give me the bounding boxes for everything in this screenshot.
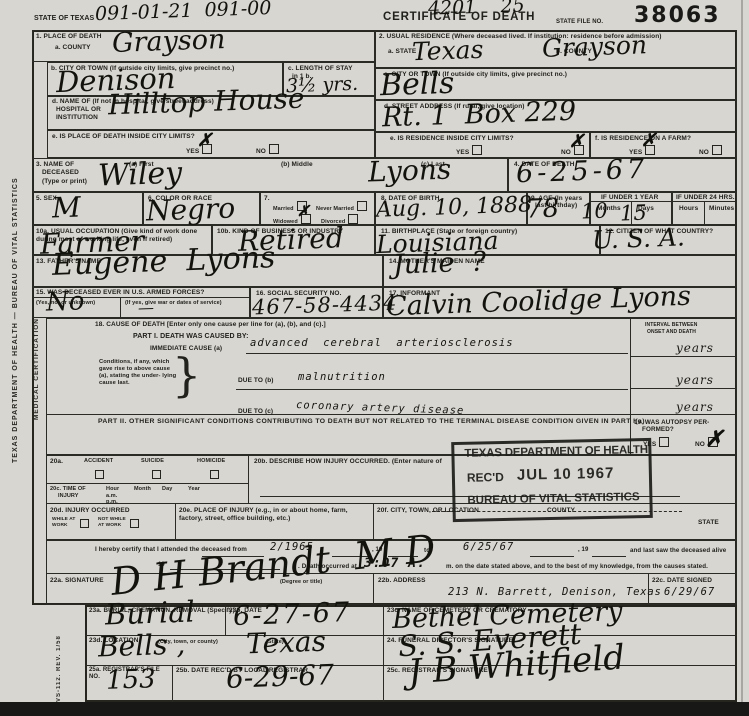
grid-line xyxy=(175,503,176,540)
part1-label: PART I. DEATH WAS CAUSED BY: xyxy=(133,333,249,341)
grid-line xyxy=(172,665,173,702)
no-word: NO xyxy=(699,149,709,156)
injury-20a-label: 20a. xyxy=(50,458,63,466)
state-file-no-label: STATE FILE NO. xyxy=(556,19,603,26)
injury-state-label: STATE xyxy=(698,519,719,527)
married-word: Married xyxy=(273,206,294,212)
date-of-death-value: 6-25-67 xyxy=(516,156,649,188)
hours-label: Hours xyxy=(679,205,698,213)
injury-occurred-label: 20d. INJURY OCCURRED xyxy=(50,507,130,515)
race-value: Negro xyxy=(146,194,236,225)
stamp-recd: REC'D xyxy=(467,470,504,485)
handwritten-file-code: 4201 25 xyxy=(428,0,525,19)
address-value: 213 N. Barrett, Denison, Texas xyxy=(448,586,662,598)
place-of-injury-label: 20e. PLACE OF INJURY (e.g., in or about … xyxy=(179,507,365,523)
days-value: 15 xyxy=(620,203,647,225)
father-name-value: Eugene Lyons xyxy=(52,243,276,281)
yes-checkbox xyxy=(472,145,482,155)
never-married-word: Never Married xyxy=(316,206,354,212)
received-stamp: TEXAS DEPARTMENT OF HEALTH REC'D JUL 10 … xyxy=(451,438,653,522)
name-label-1: 3. NAME OF xyxy=(36,161,74,169)
location-city-value: Bells , xyxy=(98,630,186,661)
cause-of-death-title: 18. CAUSE OF DEATH [Enter only one cause… xyxy=(95,321,326,329)
stamp-line-1: TEXAS DEPARTMENT OF HEALTH xyxy=(464,444,648,460)
not-while-at-work-checkbox xyxy=(130,519,139,528)
residence-city-limits-label: e. IS RESIDENCE INSIDE CITY LIMITS? xyxy=(390,135,514,143)
time-of-injury-label-2: INJURY xyxy=(58,493,79,500)
armed-forces-dash: — xyxy=(138,300,155,317)
certify-19-b: , 19 xyxy=(578,547,588,554)
death-limits-no: NO xyxy=(256,144,279,156)
interval-header-1: INTERVAL BETWEEN xyxy=(645,322,697,328)
divorced-checkbox xyxy=(348,214,358,224)
suicide-label: SUICIDE xyxy=(141,458,164,465)
sex-value: M xyxy=(52,194,82,223)
day-label: Day xyxy=(162,486,172,493)
last-name-value: Lyons xyxy=(368,156,452,187)
first-name-value: Wiley xyxy=(98,159,183,192)
year-label: Year xyxy=(188,486,200,493)
homicide-checkbox xyxy=(210,470,219,479)
grid-line xyxy=(383,605,384,702)
date-signed-label: 22c. DATE SIGNED xyxy=(652,577,712,585)
length-of-stay-label: c. LENGTH OF STAY xyxy=(288,65,353,73)
mother-maiden-name-value: Julie ? xyxy=(393,248,487,278)
grid-line xyxy=(630,356,737,357)
name-label-2: DECEASED xyxy=(42,169,79,177)
attended-to-date: 6/25/67 xyxy=(463,541,514,553)
hospital-label-3: INSTITUTION xyxy=(56,114,98,122)
no-checkbox xyxy=(712,145,722,155)
grid-line xyxy=(120,297,121,318)
interval-c-value: years xyxy=(676,400,714,414)
hospital-label-2: HOSPITAL OR xyxy=(56,106,101,114)
state-file-number: 38063 xyxy=(634,3,721,28)
state-of-texas-label: STATE OF TEXAS xyxy=(34,15,94,23)
no-word: NO xyxy=(695,441,705,448)
cell-sex: 5. SEX xyxy=(32,192,143,225)
left-margin-department-text: TEXAS DEPARTMENT OF HEALTH — BUREAU OF V… xyxy=(12,88,19,463)
not-while-at-work-label-2: AT WORK xyxy=(98,523,121,529)
street-address-value: Rt. 1 Box 229 xyxy=(382,98,577,132)
date-signed-value: 6/29/67 xyxy=(664,586,715,598)
residence-county-value: Grayson xyxy=(542,32,648,61)
farm-no: NO xyxy=(699,145,722,157)
age-value: 78 xyxy=(526,195,560,222)
due-to-c-label: DUE TO (c) xyxy=(238,408,273,416)
months-value: 10 xyxy=(581,201,608,223)
scan-bottom-strip xyxy=(0,702,749,716)
no-word: NO xyxy=(256,148,266,155)
page-right-edge xyxy=(741,0,743,702)
not-while-at-work-label-1: NOT WHILE xyxy=(98,517,126,523)
armed-forces-value: No xyxy=(46,288,85,315)
autopsy-label-2: FORMED? xyxy=(642,426,674,434)
accident-label: ACCIDENT xyxy=(84,458,113,465)
registrar-file-value: 153 xyxy=(106,666,157,694)
never-married-checkbox xyxy=(357,201,367,211)
writing-line xyxy=(236,389,628,390)
conditions-note: Conditions, if any, which gave rise to a… xyxy=(99,359,177,387)
grid-line xyxy=(46,483,248,484)
widowed-x-mark: ✗ xyxy=(297,204,310,219)
autopsy-no-x-mark: ✗ xyxy=(705,428,723,450)
farm-yes-x-mark: ✗ xyxy=(641,132,656,150)
while-at-work-label-2: WORK xyxy=(52,523,68,529)
address-label: 22b. ADDRESS xyxy=(378,577,426,585)
death-limits-yes-x-mark: ✗ xyxy=(197,132,212,150)
residence-limits-no-x-mark: ✗ xyxy=(569,133,584,151)
no-checkbox xyxy=(269,144,279,154)
while-at-work-checkbox xyxy=(80,519,89,528)
hour-label: Hour xyxy=(106,486,119,493)
stamp-date: JUL 10 1967 xyxy=(517,465,615,484)
never-married-option: Never Married xyxy=(316,201,367,213)
writing-line xyxy=(592,556,626,557)
writing-line xyxy=(246,353,628,354)
grid-line xyxy=(373,573,374,605)
cause-a-value: advanced cerebral arteriosclerosis xyxy=(250,337,514,349)
residence-limits-yes: YES xyxy=(456,145,482,157)
grid-line xyxy=(630,318,631,455)
citizen-value: U. S. A. xyxy=(592,224,686,252)
certify-text-2: and last saw the deceased alive xyxy=(630,547,726,554)
location-state-value: Texas xyxy=(246,628,327,659)
pm-label: p.m. xyxy=(106,499,118,506)
yes-word: YES xyxy=(456,149,469,156)
hospital-value: Hilltop House xyxy=(108,85,305,120)
social-security-value: 467-58-4434 xyxy=(252,292,398,318)
county-value: Grayson xyxy=(112,26,226,57)
death-certificate-scan: STATE OF TEXAS 091-01-21 091-00 CERTIFIC… xyxy=(0,0,749,716)
death-city-limits-label: e. IS PLACE OF DEATH INSIDE CITY LIMITS? xyxy=(52,133,195,141)
writing-line xyxy=(530,556,574,557)
name-label-3: (Type or print) xyxy=(42,178,87,186)
injury-20b-label: 20b. DESCRIBE HOW INJURY OCCURRED. (Ente… xyxy=(254,458,442,466)
place-of-death-label: 1. PLACE OF DEATH xyxy=(36,33,102,41)
suicide-checkbox xyxy=(152,470,161,479)
interval-b-value: years xyxy=(676,373,714,387)
part2-label: PART II. OTHER SIGNIFICANT CONDITIONS CO… xyxy=(98,418,645,426)
left-margin-medical-certification-text: MEDICAL CERTIFICATION xyxy=(33,302,40,420)
minutes-label: Minutes xyxy=(709,205,734,213)
accident-checkbox xyxy=(95,470,104,479)
cell-marital-status: 7. Married Never Married Widowed Divorce… xyxy=(260,192,375,225)
brace-glyph: } xyxy=(172,352,201,398)
county-label: a. COUNTY xyxy=(55,44,91,52)
cause-b-value: malnutrition xyxy=(298,371,386,383)
residence-city-value: Bells xyxy=(379,69,454,102)
interval-header-2: ONSET AND DEATH xyxy=(647,329,696,335)
yes-checkbox xyxy=(659,437,669,447)
residence-state-value: Texas xyxy=(412,37,484,64)
interval-a-value: years xyxy=(676,341,714,355)
signature-label: 22a. SIGNATURE xyxy=(50,577,104,585)
grid-line xyxy=(704,201,705,225)
middle-name-label: (b) Middle xyxy=(281,161,313,169)
marital-label: 7. xyxy=(264,195,270,203)
grid-line xyxy=(248,455,249,503)
stamp-line-3: BUREAU OF VITAL STATISTICS xyxy=(467,491,640,507)
time-of-injury-label-1: 20c. TIME OF xyxy=(50,486,86,493)
burial-value: Burial xyxy=(105,597,196,629)
form-code-text: VS-112. REV. 1/58 xyxy=(56,616,62,702)
due-to-b-label: DUE TO (b) xyxy=(238,377,274,385)
handwritten-registrar-code: 091-01-21 091-00 xyxy=(95,0,272,24)
date-of-birth-value: Aug. 10, 1888 xyxy=(376,194,533,221)
certify-text-3: m. on the date stated above, and to the … xyxy=(446,563,708,570)
homicide-label: HOMICIDE xyxy=(197,458,225,465)
while-at-work-label-1: WHILE AT xyxy=(52,517,75,523)
grid-line xyxy=(630,388,737,389)
month-label: Month xyxy=(134,486,151,493)
date-recd-value: 6-29-67 xyxy=(226,661,335,693)
